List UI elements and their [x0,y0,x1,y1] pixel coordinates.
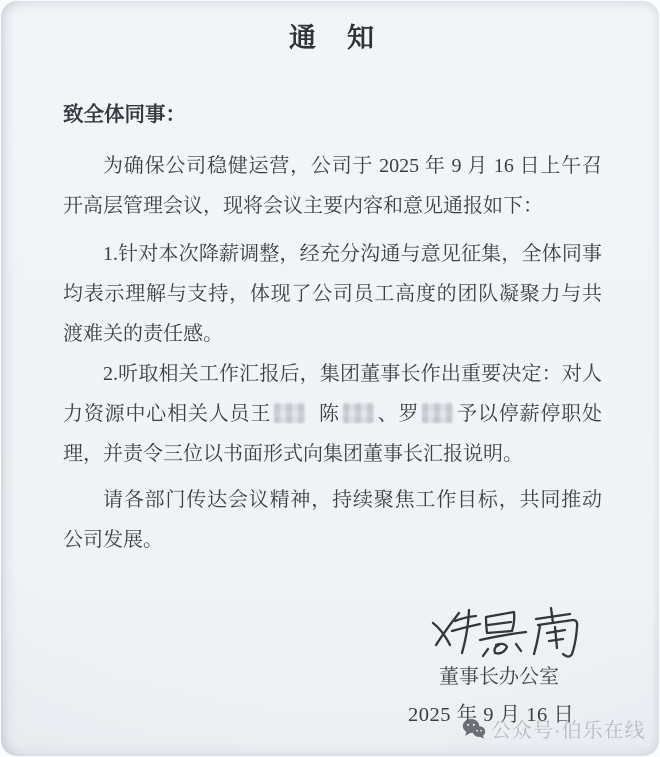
redacted-name-1 [274,403,305,423]
paragraph-intro: 为确保公司稳健运营，公司于 2025 年 9 月 16 日上午召开高层管理会议，… [63,146,602,226]
salutation: 致全体同事： [63,100,602,130]
paragraph-item-2-text-3: 、罗 [377,403,419,425]
paragraph-item-2: 2.听取相关工作汇报后，集团董事长作出重要决定：对人力资源中心相关人员王陈、罗予… [63,354,602,474]
redacted-name-2 [343,403,374,423]
watermark-text: 公众号·伯乐在线 [491,714,646,743]
wechat-icon [462,718,486,739]
paragraph-item-2-text-2: 陈 [318,403,340,425]
document-title: 通 知 [63,20,602,56]
watermark: 公众号·伯乐在线 [462,714,646,743]
signature-office: 董事长办公室 [424,663,574,691]
redacted-name-3 [422,403,453,423]
paragraph-item-1: 1.针对本次降薪调整，经充分沟通与意见征集，全体同事均表示理解与支持，体现了公司… [63,234,602,354]
signature-handwriting [424,598,592,662]
paragraph-closing: 请各部门传达会议精神，持续聚焦工作目标，共同推动公司发展。 [63,480,602,560]
